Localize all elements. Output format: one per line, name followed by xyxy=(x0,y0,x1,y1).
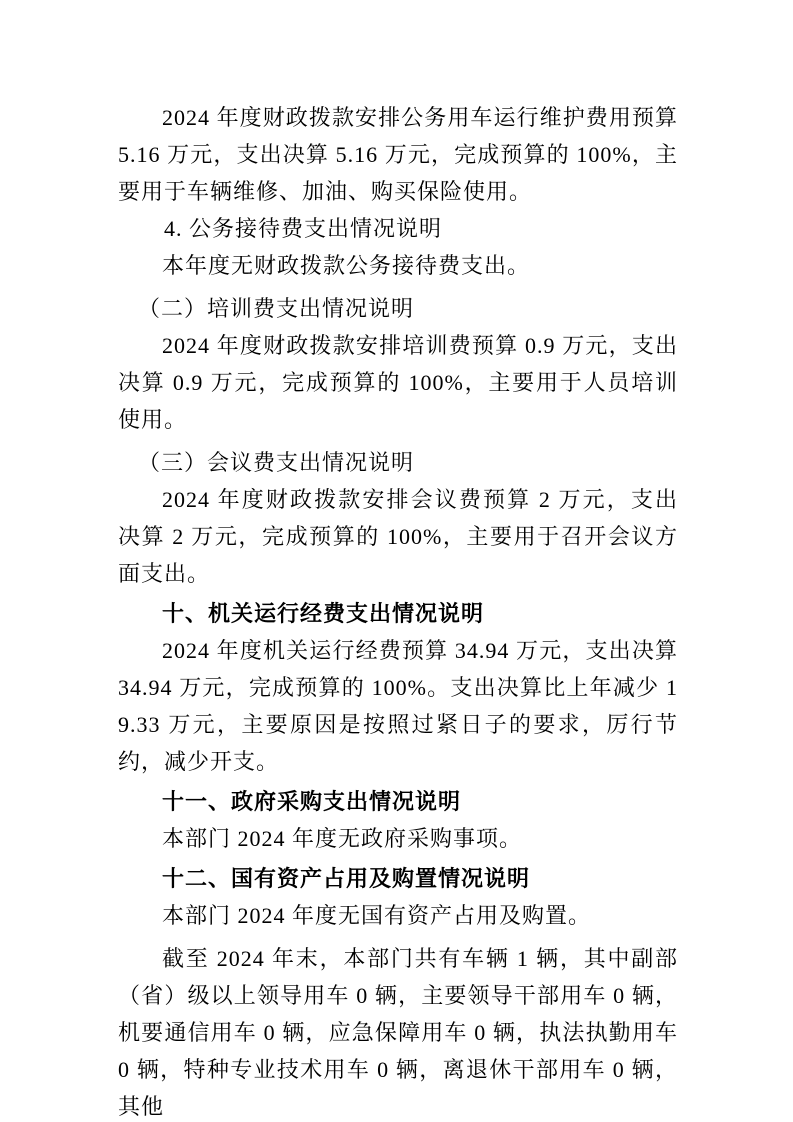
paragraph: 截至 2024 年末，本部门共有车辆 1 辆，其中副部（省）级以上领导用车 0 … xyxy=(118,940,678,1122)
paragraph: 本部门 2024 年度无政府采购事项。 xyxy=(118,820,678,857)
paragraph: （三）会议费支出情况说明 xyxy=(118,444,678,481)
paragraph: 2024 年度财政拨款安排公务用车运行维护费用预算 5.16 万元，支出决算 5… xyxy=(118,99,678,210)
paragraph: （二）培训费支出情况说明 xyxy=(118,290,678,327)
paragraph: 本年度无财政拨款公务接待费支出。 xyxy=(118,247,678,284)
paragraph: 2024 年度财政拨款安排会议费预算 2 万元，支出决算 2 万元，完成预算的 … xyxy=(118,481,678,592)
paragraph: 十一、政府采购支出情况说明 xyxy=(118,783,678,820)
paragraph: 2024 年度机关运行经费预算 34.94 万元，支出决算 34.94 万元，完… xyxy=(118,632,678,780)
document-page: 2024 年度财政拨款安排公务用车运行维护费用预算 5.16 万元，支出决算 5… xyxy=(0,0,793,1122)
paragraph: 十二、国有资产占用及购置情况说明 xyxy=(118,860,678,897)
paragraph: 2024 年度财政拨款安排培训费预算 0.9 万元，支出决算 0.9 万元，完成… xyxy=(118,327,678,438)
document-content: 2024 年度财政拨款安排公务用车运行维护费用预算 5.16 万元，支出决算 5… xyxy=(118,99,678,1122)
paragraph: 十、机关运行经费支出情况说明 xyxy=(118,595,678,632)
paragraph: 本部门 2024 年度无国有资产占用及购置。 xyxy=(118,897,678,934)
paragraph: 4. 公务接待费支出情况说明 xyxy=(118,210,678,247)
